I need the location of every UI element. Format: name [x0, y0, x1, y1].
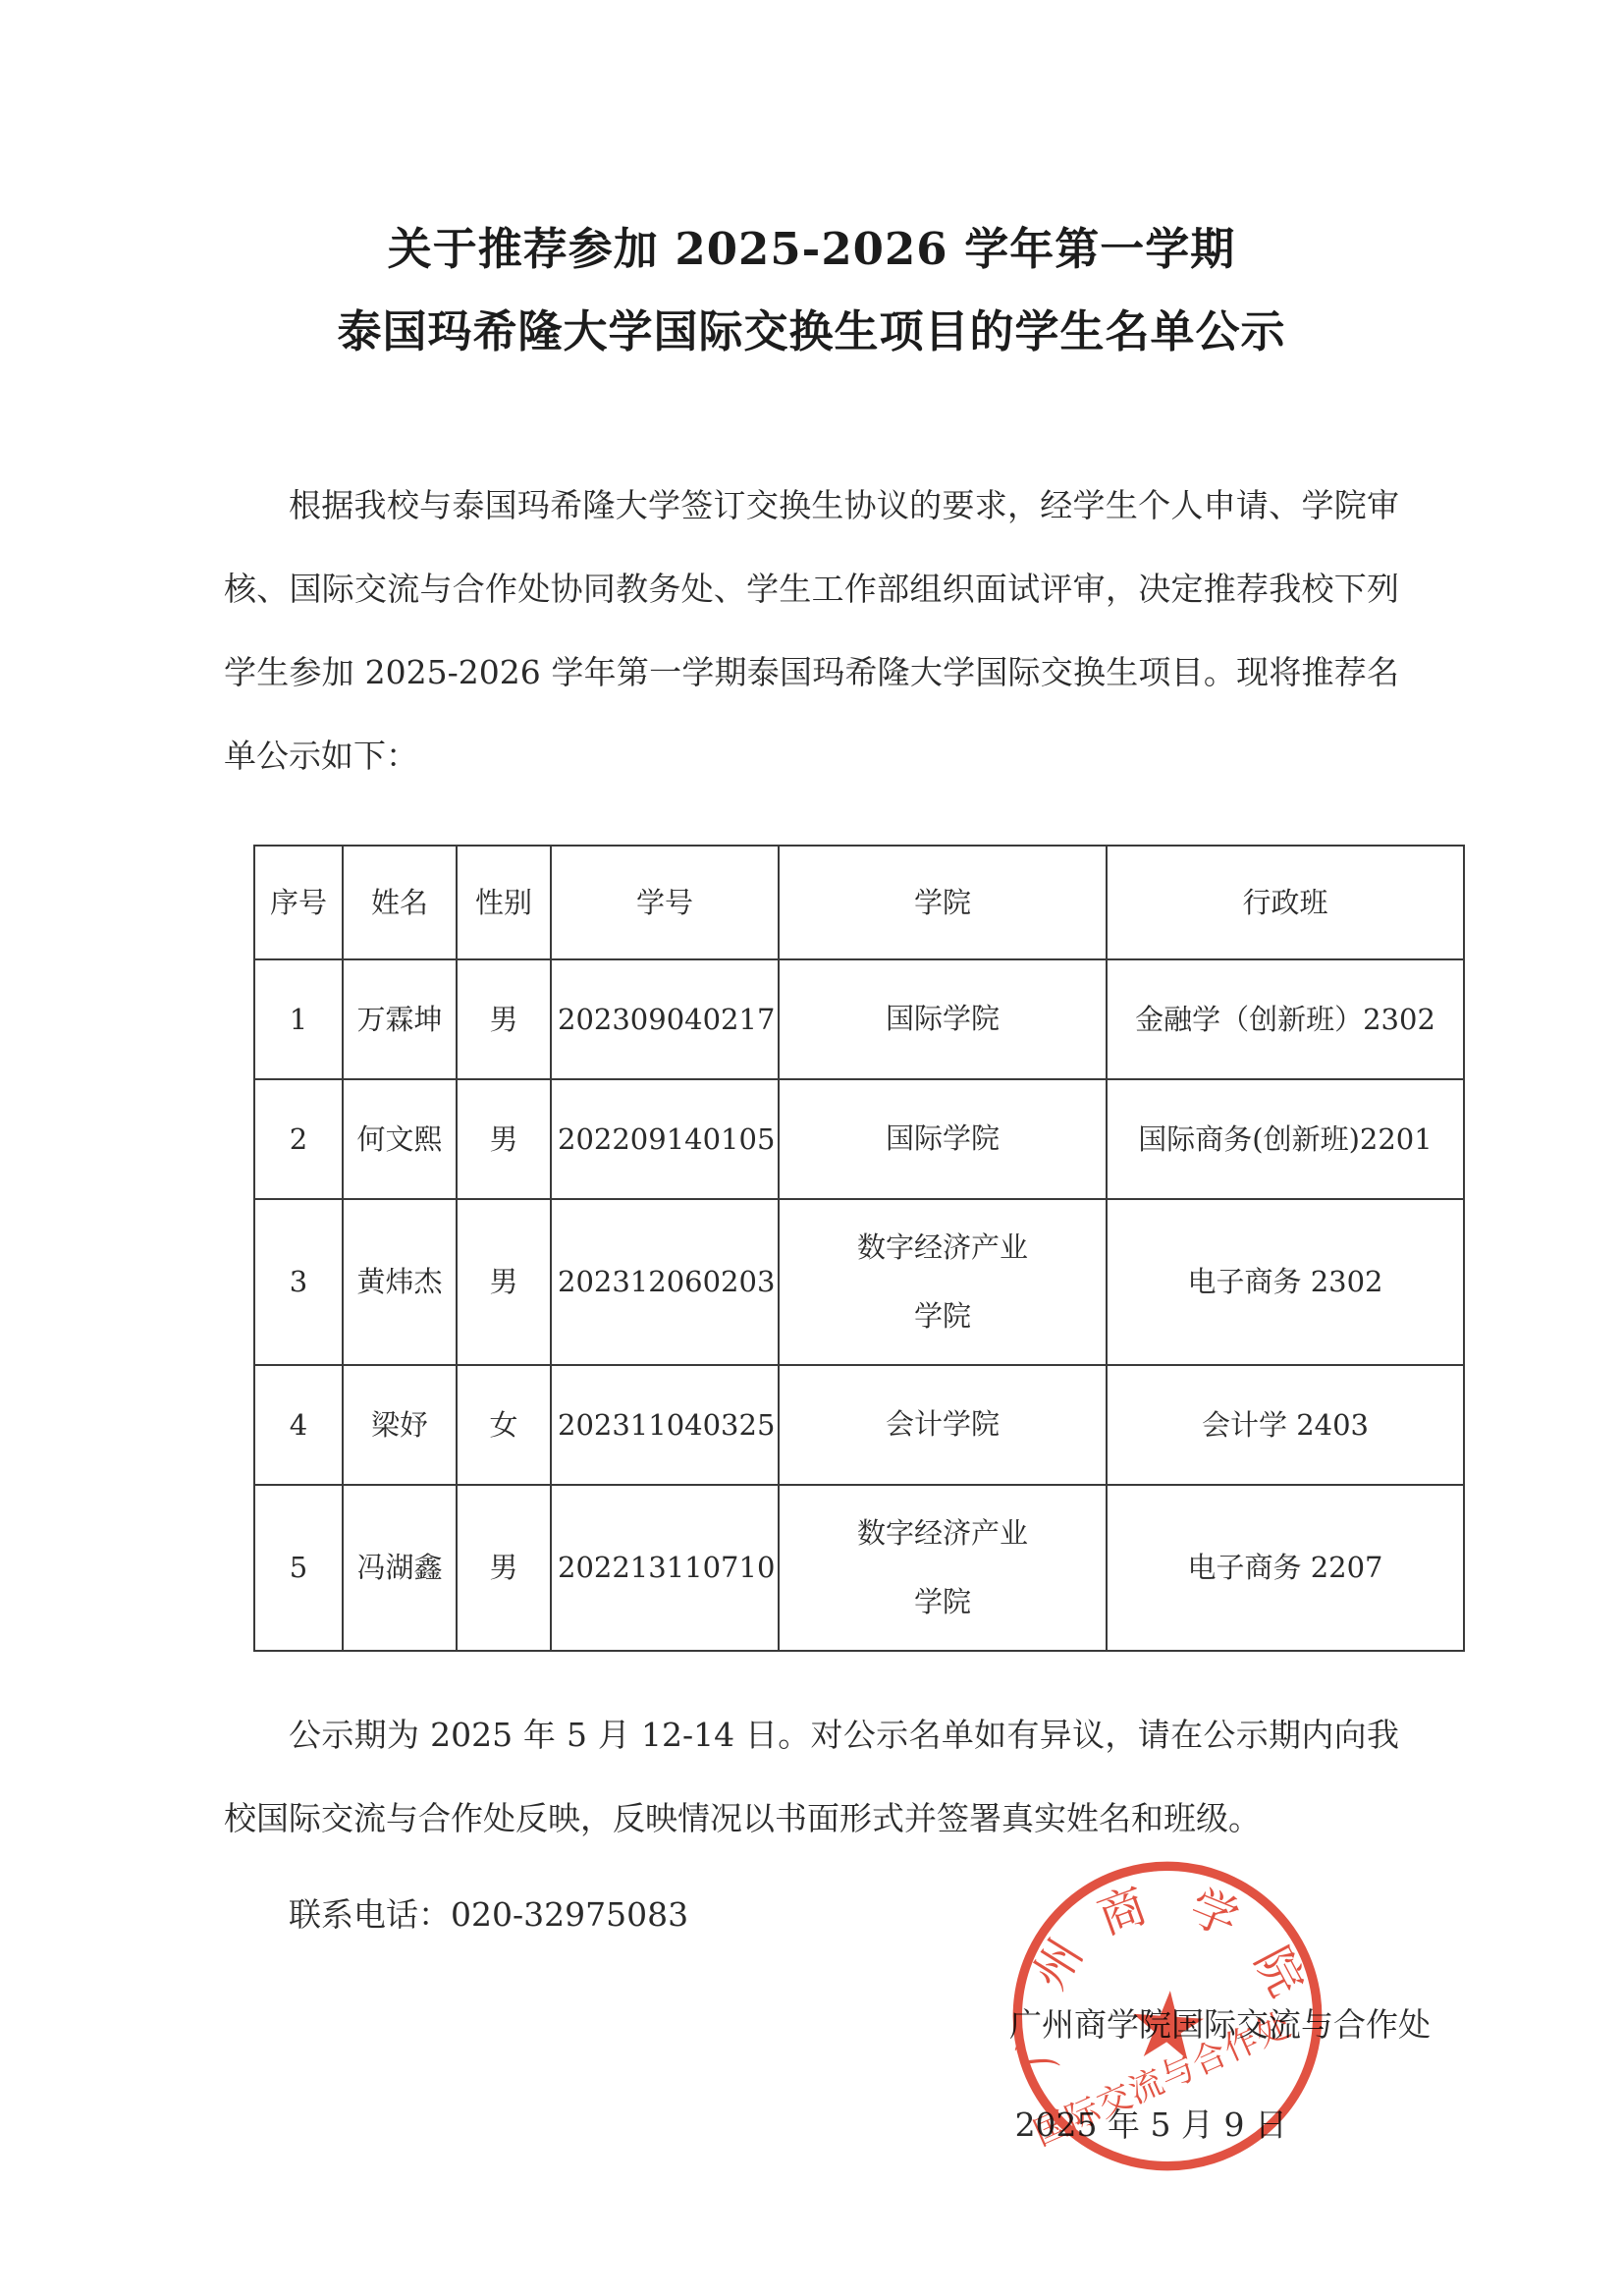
cell-class: 电子商务 2207	[1107, 1485, 1464, 1651]
cell-gender: 男	[457, 1199, 551, 1365]
cell-college: 国际学院	[779, 1079, 1107, 1199]
cell-college: 会计学院	[779, 1365, 1107, 1485]
cell-college: 国际学院	[779, 959, 1107, 1079]
student-roster-table: 序号 姓名 性别 学号 学院 行政班 1 万霖坤 男 202309040217 …	[253, 845, 1465, 1652]
cell-class: 电子商务 2302	[1107, 1199, 1464, 1365]
cell-seq: 3	[254, 1199, 343, 1365]
cell-class: 金融学（创新班）2302	[1107, 959, 1464, 1079]
document-page: 关于推荐参加 2025-2026 学年第一学期 泰国玛希隆大学国际交换生项目的学…	[0, 0, 1623, 2296]
college-text: 国际学院	[886, 1105, 1000, 1174]
cell-seq: 1	[254, 959, 343, 1079]
header-gender: 性别	[457, 846, 551, 959]
cell-gender: 男	[457, 1485, 551, 1651]
cell-student-id: 202309040217	[551, 959, 779, 1079]
title-line-1: 关于推荐参加 2025-2026 学年第一学期	[0, 208, 1623, 291]
closing-paragraph: 公示期为 2025 年 5 月 12-14 日。对公示名单如有异议，请在公示期内…	[224, 1693, 1399, 1860]
table-row: 1 万霖坤 男 202309040217 国际学院 金融学（创新班）2302	[254, 959, 1464, 1079]
cell-college: 数字经济产业学院	[779, 1485, 1107, 1651]
cell-student-id: 202312060203	[551, 1199, 779, 1365]
header-name: 姓名	[343, 846, 457, 959]
cell-seq: 5	[254, 1485, 343, 1651]
cell-seq: 2	[254, 1079, 343, 1199]
cell-student-id: 202209140105	[551, 1079, 779, 1199]
cell-student-id: 202213110710	[551, 1485, 779, 1651]
table-row: 2 何文熙 男 202209140105 国际学院 国际商务(创新班)2201	[254, 1079, 1464, 1199]
cell-class: 会计学 2403	[1107, 1365, 1464, 1485]
header-college: 学院	[779, 846, 1107, 959]
cell-gender: 女	[457, 1365, 551, 1485]
table-row: 3 黄炜杰 男 202312060203 数字经济产业学院 电子商务 2302	[254, 1199, 1464, 1365]
college-text: 数字经济产业学院	[846, 1214, 1039, 1350]
header-seq: 序号	[254, 846, 343, 959]
cell-class: 国际商务(创新班)2201	[1107, 1079, 1464, 1199]
college-text: 数字经济产业学院	[846, 1500, 1039, 1636]
header-student-id: 学号	[551, 846, 779, 959]
cell-student-id: 202311040325	[551, 1365, 779, 1485]
header-class: 行政班	[1107, 846, 1464, 959]
cell-gender: 男	[457, 1079, 551, 1199]
cell-seq: 4	[254, 1365, 343, 1485]
table-header-row: 序号 姓名 性别 学号 学院 行政班	[254, 846, 1464, 959]
cell-college: 数字经济产业学院	[779, 1199, 1107, 1365]
cell-name: 黄炜杰	[343, 1199, 457, 1365]
issue-date: 2025 年 5 月 9 日	[0, 2096, 1623, 2155]
contact-phone: 联系电话：020-32975083	[224, 1886, 1399, 1944]
table-row: 5 冯湖鑫 男 202213110710 数字经济产业学院 电子商务 2207	[254, 1485, 1464, 1651]
issuer-signature: 广州商学院国际交流与合作处	[0, 1995, 1623, 2054]
college-text: 会计学院	[886, 1391, 1000, 1459]
cell-name: 万霖坤	[343, 959, 457, 1079]
cell-name: 何文熙	[343, 1079, 457, 1199]
title-line-2: 泰国玛希隆大学国际交换生项目的学生名单公示	[0, 291, 1623, 373]
document-title: 关于推荐参加 2025-2026 学年第一学期 泰国玛希隆大学国际交换生项目的学…	[0, 0, 1623, 373]
cell-name: 冯湖鑫	[343, 1485, 457, 1651]
table-row: 4 梁妤 女 202311040325 会计学院 会计学 2403	[254, 1365, 1464, 1485]
cell-name: 梁妤	[343, 1365, 457, 1485]
cell-gender: 男	[457, 959, 551, 1079]
intro-paragraph: 根据我校与泰国玛希隆大学签订交换生协议的要求，经学生个人申请、学院审核、国际交流…	[224, 464, 1399, 797]
college-text: 国际学院	[886, 985, 1000, 1054]
